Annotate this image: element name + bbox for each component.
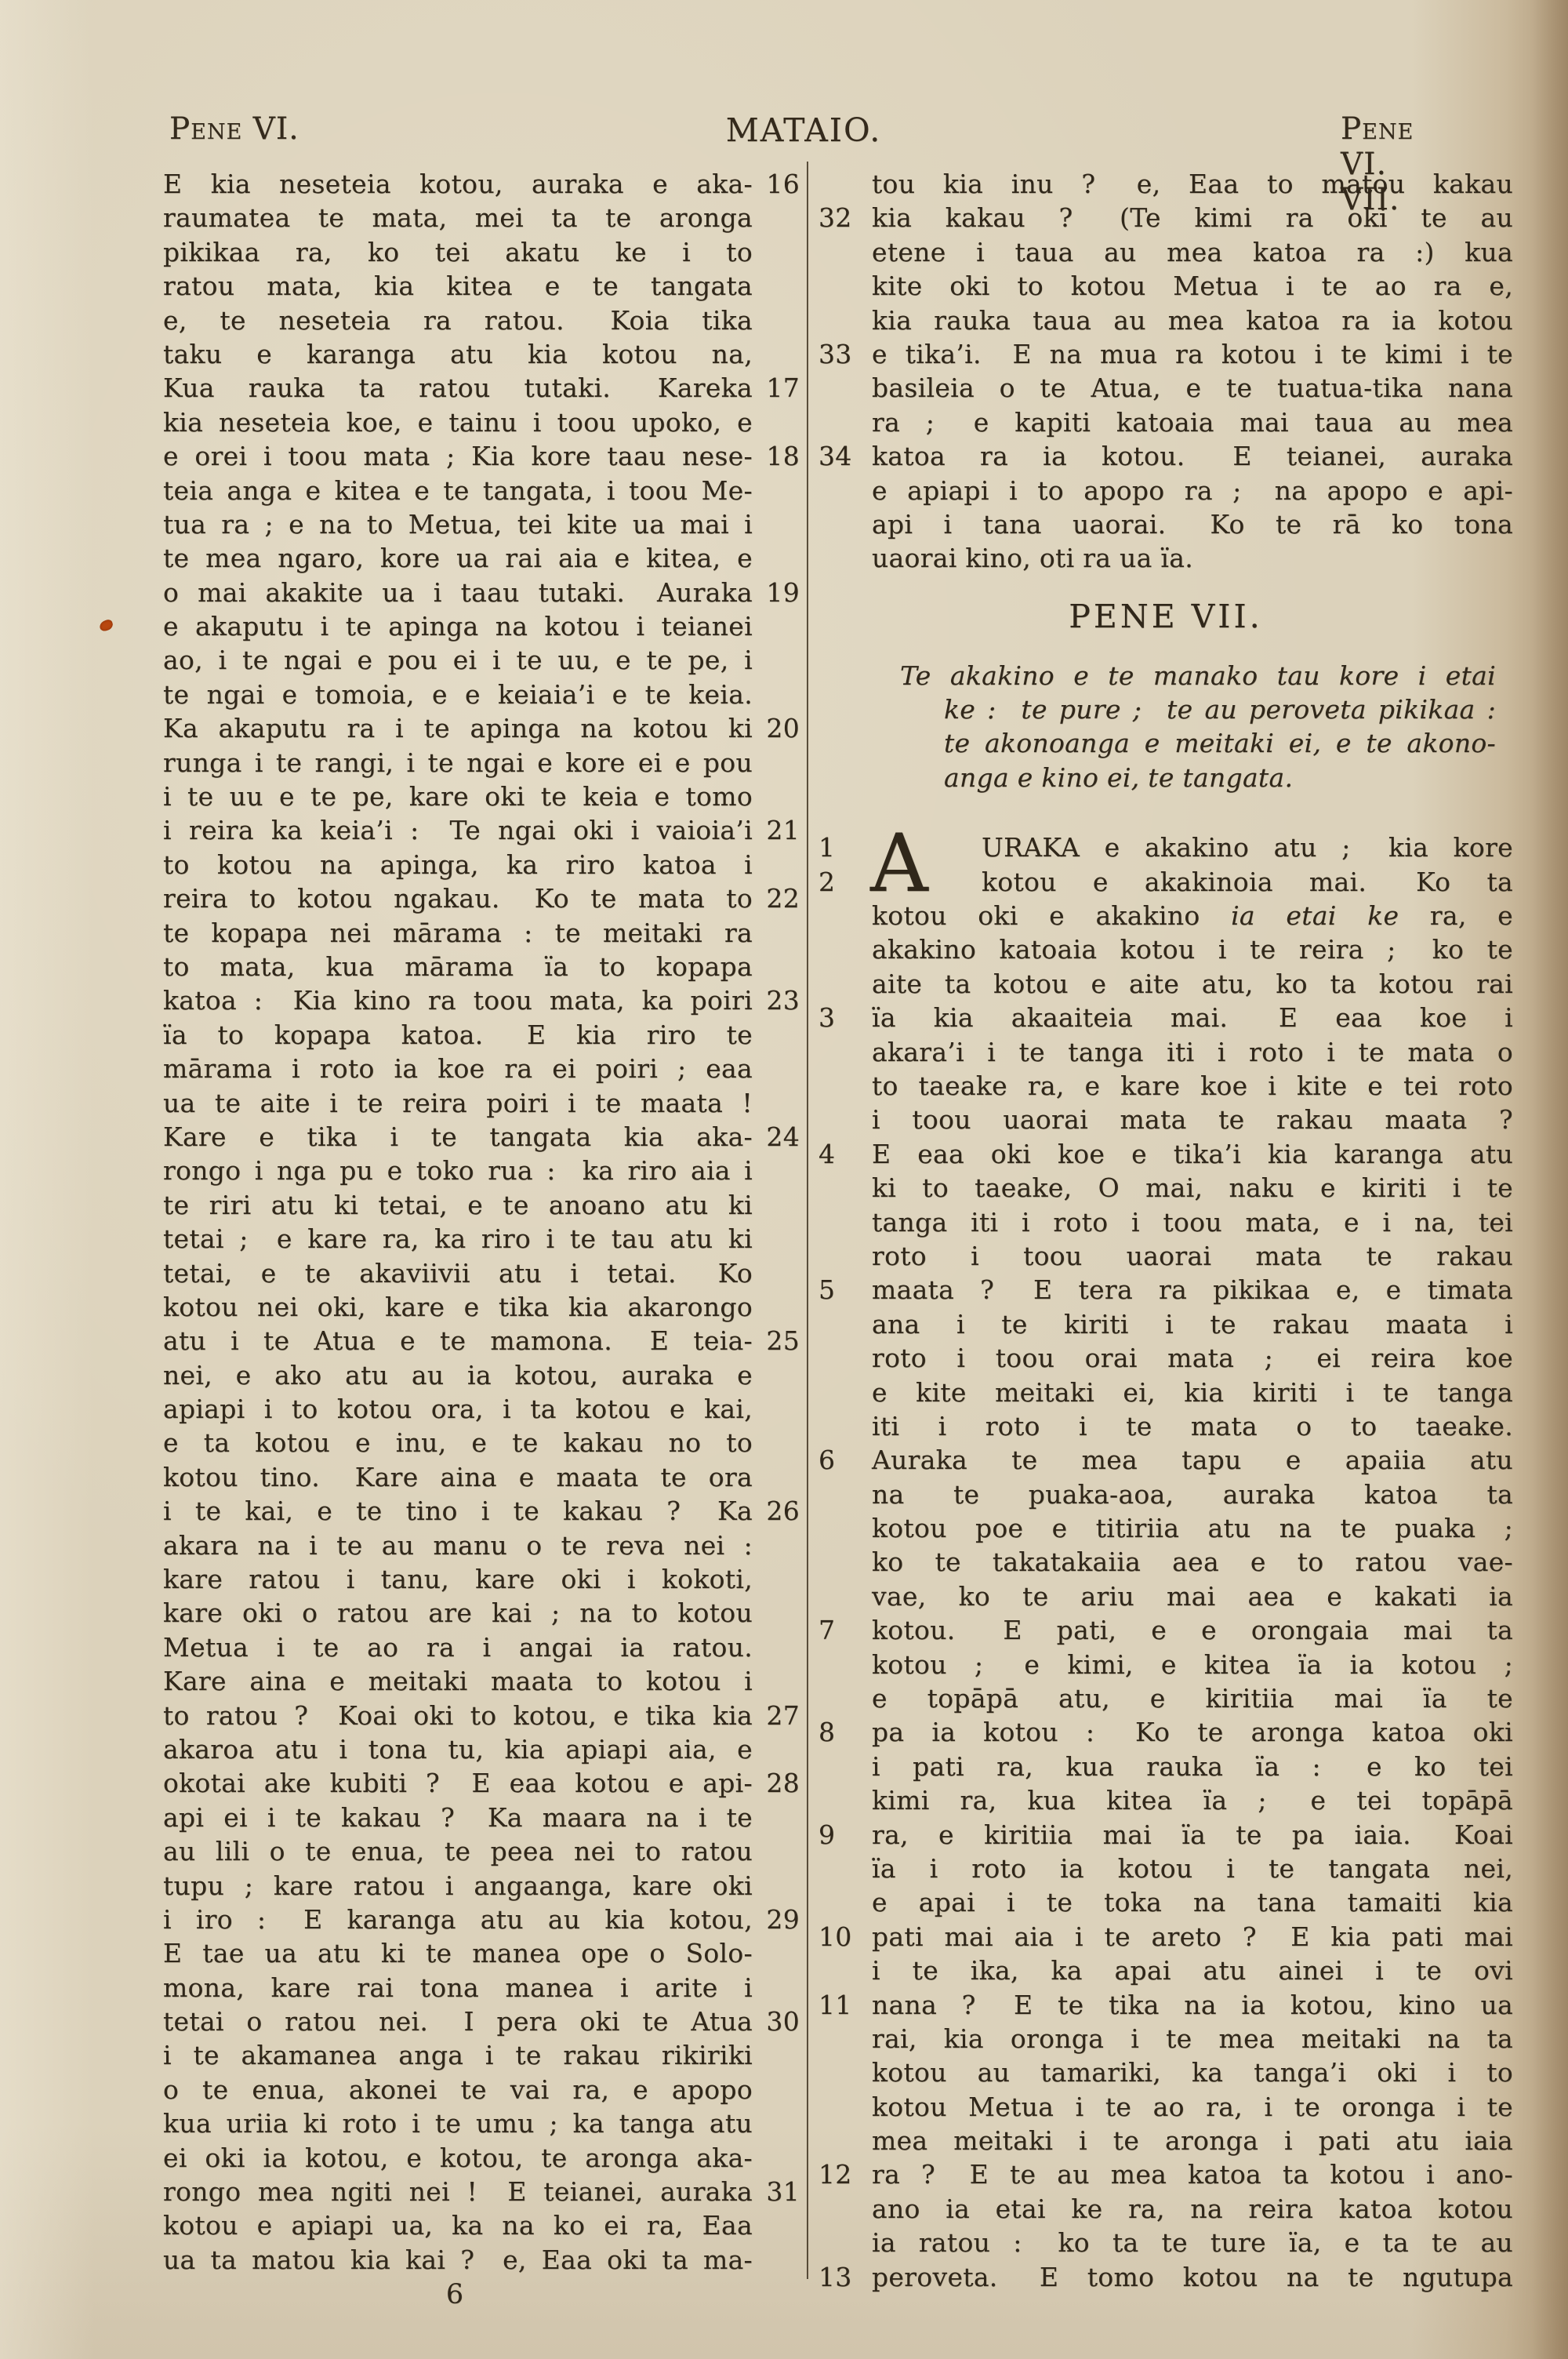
verse-number — [753, 1256, 800, 1290]
line-text: katoa ra ia kotou. E teianei, auraka — [872, 439, 1513, 473]
line-text: E tae ua atu ki te manea ope o Solo- — [163, 1936, 753, 1970]
verse-number: 31 — [753, 2175, 800, 2208]
text-line: ua te aite i te reira poiri i te maata ! — [163, 1086, 800, 1120]
text-line: na te puaka-aoa, auraka katoa ta — [818, 1478, 1513, 1511]
verse-number — [818, 474, 872, 507]
verse-number — [753, 746, 800, 780]
verse-number — [847, 692, 900, 726]
verse-number: 33 — [818, 337, 872, 371]
verse-number: 10 — [818, 1920, 872, 1954]
verse-number: 18 — [753, 439, 800, 473]
verse-number — [818, 2090, 872, 2124]
text-line: kotou ; e kimi, e kitea ïa ia kotou ; — [818, 1648, 1513, 1681]
right-text-column: tou kia inu ? e, Eaa to matou kakau32kia… — [818, 167, 1513, 2294]
verse-number: 34 — [818, 439, 872, 473]
text-line: api ei i te kakau ? Ka maara na i te — [163, 1801, 800, 1834]
line-text: ua te aite i te reira poiri i te maata ! — [163, 1086, 753, 1120]
verse-number — [818, 507, 872, 541]
line-text: anga e kino ei, te tangata. — [900, 761, 1496, 794]
verse-number — [847, 659, 900, 692]
line-text: ana i te kiriti i te rakau maata i — [872, 1307, 1513, 1341]
verse-number — [818, 1069, 872, 1103]
line-text: rai, kia oronga i te mea meitaki na ta — [872, 2022, 1513, 2055]
text-line: 7kotou. E pati, e e orongaia mai ta — [818, 1613, 1513, 1647]
verse-number — [753, 678, 800, 711]
verse-number — [847, 726, 900, 760]
red-ink-speck — [98, 619, 114, 633]
verse-number — [753, 269, 800, 303]
line-text: apiapi i to kotou ora, i ta kotou e kai, — [163, 1392, 753, 1426]
text-line: tetai, e te akaviivii atu i tetai. Ko — [163, 1256, 800, 1290]
text-line: ei oki ia kotou, e kotou, te aronga aka- — [163, 2141, 800, 2175]
verse-number — [753, 1358, 800, 1392]
text-line: kotou poe e titiriia atu na te puaka ; — [818, 1511, 1513, 1545]
text-line: 13peroveta. E tomo kotou na te ngutupa — [818, 2260, 1513, 2294]
verse-number — [818, 1783, 872, 1817]
text-line: e apiapi i to apopo ra ; na apopo e api- — [818, 474, 1513, 507]
text-line: ia ratou : ko ta te ture ïa, e ta te au — [818, 2226, 1513, 2259]
verse-number — [818, 1478, 872, 1511]
chapter-heading: PENE VII. — [818, 594, 1513, 638]
line-text: te kopapa nei mārama : te meitaki ra — [163, 916, 753, 950]
verse-number — [818, 1409, 872, 1443]
line-text: kare ratou i tanu, kare oki i kokoti, — [163, 1562, 753, 1596]
text-line: akakino katoaia kotou i te reira ; ko te — [818, 932, 1513, 966]
verse-number — [753, 1426, 800, 1459]
verse-number: 30 — [753, 2005, 800, 2038]
verse-number: 23 — [753, 983, 800, 1017]
verse-number: 13 — [818, 2260, 872, 2294]
text-line: Kare e tika i te tangata kia aka-24 — [163, 1120, 800, 1154]
page-number: 6 — [408, 2279, 502, 2310]
line-text: tupu ; kare ratou i angaanga, kare oki — [163, 1869, 753, 1903]
line-text: E eaa oki koe e tika’i kia karanga atu — [872, 1137, 1513, 1171]
text-line: iti i roto i te mata o to taeake. — [818, 1409, 1513, 1443]
line-text: peroveta. E tomo kotou na te ngutupa — [872, 2260, 1513, 2294]
line-text: to mata, kua mārama ïa to kopapa — [163, 950, 753, 983]
verse-number: 4 — [818, 1137, 872, 1171]
text-line: tupu ; kare ratou i angaanga, kare oki — [163, 1869, 800, 1903]
text-line: 34katoa ra ia kotou. E teianei, auraka — [818, 439, 1513, 473]
verse-number — [818, 371, 872, 405]
text-line: akaroa atu i tona tu, kia apiapi aia, e — [163, 1732, 800, 1766]
verse-number: 29 — [753, 1903, 800, 1936]
text-line: i reira ka keia’i : Te ngai oki i vaioia… — [163, 813, 800, 847]
text-line: roto i toou uaorai mata te rakau — [818, 1239, 1513, 1273]
verse-number: 8 — [818, 1715, 872, 1749]
text-line: te riri atu ki tetai, e te anoano atu ki — [163, 1188, 800, 1222]
verse-number — [753, 1562, 800, 1596]
text-line: kare ratou i tanu, kare oki i kokoti, — [163, 1562, 800, 1596]
line-text: e ta kotou e inu, e te kakau no to — [163, 1426, 753, 1459]
line-text: kia neseteia koe, e tainu i toou upoko, … — [163, 405, 753, 439]
line-text: i te akamanea anga i te rakau rikiriki — [163, 2038, 753, 2072]
line-text: ei oki ia kotou, e kotou, te aronga aka- — [163, 2141, 753, 2175]
verse-number: 5 — [818, 1273, 872, 1307]
verse-number — [818, 2022, 872, 2055]
verse-number — [753, 2243, 800, 2277]
dropcap-letter: A — [870, 831, 928, 898]
left-text-column: E kia neseteia kotou, auraka e aka-16rau… — [163, 167, 800, 2277]
verse-number: 20 — [753, 711, 800, 745]
line-text: taku e karanga atu kia kotou na, — [163, 337, 753, 371]
line-text: o te enua, akonei te vai ra, e apopo — [163, 2073, 753, 2106]
text-line: kare oki o ratou are kai ; na to kotou — [163, 1596, 800, 1630]
verse-number — [818, 1579, 872, 1613]
text-line: roto i toou orai mata ; ei reira koe — [818, 1341, 1513, 1375]
line-text: e akaputu i te apinga na kotou i teianei — [163, 609, 753, 643]
line-text: Metua i te ao ra i angai ia ratou. — [163, 1630, 753, 1664]
verse-number — [753, 1222, 800, 1256]
verse-number — [818, 1035, 872, 1069]
verse-number — [818, 932, 872, 966]
text-line: tua ra ; e na to Metua, tei kite ua mai … — [163, 507, 800, 541]
line-text: basileia o te Atua, e te tuatua-tika nan… — [872, 371, 1513, 405]
line-text: kotou. E pati, e e orongaia mai ta — [872, 1613, 1513, 1647]
text-line: kia rauka taua au mea katoa ra ia kotou — [818, 304, 1513, 337]
text-line: kia neseteia koe, e tainu i toou upoko, … — [163, 405, 800, 439]
line-text: teia anga e kitea e te tangata, i toou M… — [163, 474, 753, 507]
text-line: ïa to kopapa katoa. E kia riro te — [163, 1018, 800, 1052]
line-text: to kotou na apinga, ka riro katoa i — [163, 848, 753, 881]
line-text: kotou oki e akakino ia etai ke ra, e — [872, 899, 1513, 932]
line-text: e orei i toou mata ; Kia kore taau nese- — [163, 439, 753, 473]
line-text: tou kia inu ? e, Eaa to matou kakau — [872, 167, 1513, 201]
line-text: tetai ; e kare ra, ka riro i te tau atu … — [163, 1222, 753, 1256]
verse-number — [753, 2038, 800, 2072]
text-line: 11nana ? E te tika na ia kotou, kino ua — [818, 1988, 1513, 2022]
verse-number — [818, 235, 872, 269]
line-text: e topāpā atu, e kiritiia mai ïa te — [872, 1681, 1513, 1715]
line-text: te riri atu ki tetai, e te anoano atu ki — [163, 1188, 753, 1222]
verse-number — [753, 1936, 800, 1970]
text-line: te mea ngaro, kore ua rai aia e kitea, e — [163, 541, 800, 575]
verse-number — [818, 1376, 872, 1409]
text-line: i toou uaorai mata te rakau maata ? — [818, 1103, 1513, 1136]
text-line: ra ; e kapiti katoaia mai taua au mea — [818, 405, 1513, 439]
text-line: rongo i nga pu e toko rua : ka riro aia … — [163, 1154, 800, 1187]
text-line: vae, ko te ariu mai aea e kakati ia — [818, 1579, 1513, 1613]
line-text: ra ; e kapiti katoaia mai taua au mea — [872, 405, 1513, 439]
line-text: runga i te rangi, i te ngai e kore ei e … — [163, 746, 753, 780]
verse-number — [818, 2055, 872, 2089]
verse-number — [753, 1188, 800, 1222]
verse-number — [753, 1834, 800, 1868]
text-line: i te kai, e te tino i te kakau ? Ka26 — [163, 1494, 800, 1528]
verse-number — [753, 1290, 800, 1324]
line-text: okotai ake kubiti ? E eaa kotou e api- — [163, 1766, 753, 1800]
line-text: E kia neseteia kotou, auraka e aka- — [163, 167, 753, 201]
verse-number: 1 — [818, 831, 872, 864]
verse-number: 32 — [818, 201, 872, 234]
line-text: ratou mata, kia kitea e te tangata — [163, 269, 753, 303]
text-line: 3ïa kia akaaiteia mai. E eaa koe i — [818, 1001, 1513, 1034]
text-line: ana i te kiriti i te rakau maata i — [818, 1307, 1513, 1341]
line-text: roto i toou orai mata ; ei reira koe — [872, 1341, 1513, 1375]
text-line: basileia o te Atua, e te tuatua-tika nan… — [818, 371, 1513, 405]
line-text: kotou e akakinoia mai. Ko ta — [872, 865, 1513, 899]
text-line: Metua i te ao ra i angai ia ratou. — [163, 1630, 800, 1664]
text-line: api i tana uaorai. Ko te rā ko tona — [818, 507, 1513, 541]
line-text: roto i toou uaorai mata te rakau — [872, 1239, 1513, 1273]
verse-number — [753, 304, 800, 337]
text-line: 8pa ia kotou : Ko te aronga katoa oki — [818, 1715, 1513, 1749]
line-text: ïa kia akaaiteia mai. E eaa koe i — [872, 1001, 1513, 1034]
verse-number — [818, 269, 872, 303]
line-text: tetai, e te akaviivii atu i tetai. Ko — [163, 1256, 753, 1290]
text-line: mārama i roto ia koe ra ei poiri ; eaa — [163, 1052, 800, 1085]
verse-number — [818, 1648, 872, 1681]
text-line: to mata, kua mārama ïa to kopapa — [163, 950, 800, 983]
verse-number — [818, 405, 872, 439]
text-line: i pati ra, kua rauka ïa : e ko tei — [818, 1750, 1513, 1783]
line-text: i te uu e te pe, kare oki te keia e tomo — [163, 780, 753, 813]
verse-number — [753, 1460, 800, 1494]
text-line: 32kia kakau ? (Te kimi ra oki te au — [818, 201, 1513, 234]
verse-number — [753, 2106, 800, 2140]
verse-number: 19 — [753, 576, 800, 609]
line-text: pikikaa ra, ko tei akatu ke i to — [163, 235, 753, 269]
text-line: i te ika, ka apai atu ainei i te ovi — [818, 1954, 1513, 1987]
verse-number — [818, 1341, 872, 1375]
verse-number — [753, 1869, 800, 1903]
text-line: Kua rauka ta ratou tutaki. Kareka17 — [163, 371, 800, 405]
text-line: kotou e apiapi ua, ka na ko ei ra, Eaa — [163, 2208, 800, 2242]
line-text: rongo mea ngiti nei ! E teianei, auraka — [163, 2175, 753, 2208]
line-text: aite ta kotou e aite atu, ko ta kotou ra… — [872, 967, 1513, 1001]
text-line: taku e karanga atu kia kotou na, — [163, 337, 800, 371]
line-text: vae, ko te ariu mai aea e kakati ia — [872, 1579, 1513, 1613]
text-line: anga e kino ei, te tangata. — [847, 761, 1496, 794]
verse-number — [753, 201, 800, 234]
verse-number — [753, 848, 800, 881]
line-text: i te kai, e te tino i te kakau ? Ka — [163, 1494, 753, 1528]
line-text: maata ? E tera ra pikikaa e, e timata — [872, 1273, 1513, 1307]
column-divider-rule — [807, 162, 808, 2279]
text-line: e topāpā atu, e kiritiia mai ïa te — [818, 1681, 1513, 1715]
line-text: ïa i roto ia kotou i te tangata nei, — [872, 1852, 1513, 1885]
text-line: reira to kotou ngakau. Ko te mata to22 — [163, 881, 800, 915]
text-line: E kia neseteia kotou, auraka e aka-16 — [163, 167, 800, 201]
verse-number: 3 — [818, 1001, 872, 1034]
text-line: okotai ake kubiti ? E eaa kotou e api-28 — [163, 1766, 800, 1800]
verse-number — [818, 1103, 872, 1136]
page-edge-shadow — [1532, 0, 1568, 2359]
chapter6-closing-verses: tou kia inu ? e, Eaa to matou kakau32kia… — [818, 167, 1513, 576]
verse-number — [818, 1545, 872, 1579]
text-line: o te enua, akonei te vai ra, e apopo — [163, 2073, 800, 2106]
line-text: kia kakau ? (Te kimi ra oki te au — [872, 201, 1513, 234]
verse-number — [753, 2208, 800, 2242]
text-line: rai, kia oronga i te mea meitaki na ta — [818, 2022, 1513, 2055]
text-line: tanga iti i roto i toou mata, e i na, te… — [818, 1205, 1513, 1239]
line-text: tua ra ; e na to Metua, tei kite ua mai … — [163, 507, 753, 541]
line-text: kite oki to kotou Metua i te ao ra e, — [872, 269, 1513, 303]
line-text: i pati ra, kua rauka ïa : e ko tei — [872, 1750, 1513, 1783]
verse-number — [818, 2124, 872, 2157]
running-head-title: MATAIO. — [726, 111, 882, 149]
text-line: i te akamanea anga i te rakau rikiriki — [163, 2038, 800, 2072]
text-line: to kotou na apinga, ka riro katoa i — [163, 848, 800, 881]
verse-number: 6 — [818, 1443, 872, 1477]
line-text: raumatea te mata, mei ta te aronga — [163, 201, 753, 234]
text-line: 9ra, e kiritiia mai ïa te pa iaia. Koai — [818, 1818, 1513, 1852]
line-text: akaroa atu i tona tu, kia apiapi aia, e — [163, 1732, 753, 1766]
line-text: Kua rauka ta ratou tutaki. Kareka — [163, 371, 753, 405]
line-text: i te ika, ka apai atu ainei i te ovi — [872, 1954, 1513, 1987]
text-line: etene i taua au mea katoa ra :) kua — [818, 235, 1513, 269]
text-line: teia anga e kitea e te tangata, i toou M… — [163, 474, 800, 507]
text-line: ki to taeake, O mai, naku e kiriti i te — [818, 1171, 1513, 1205]
line-text: mea meitaki i te aronga i pati atu iaia — [872, 2124, 1513, 2157]
verse-number — [818, 1885, 872, 1919]
line-text: ki to taeake, O mai, naku e kiriti i te — [872, 1171, 1513, 1205]
chapter-summary: Te akakino e te manako tau kore i etaike… — [847, 659, 1496, 795]
verse-number: 9 — [818, 1818, 872, 1852]
verse-number — [818, 304, 872, 337]
line-text: e, te neseteia ra ratou. Koia tika — [163, 304, 753, 337]
verse-number — [753, 1528, 800, 1562]
chapter7-verses: A 1URAKA e akakino atu ; kia kore2kotou … — [818, 831, 1513, 2294]
line-text: tetai o ratou nei. I pera oki te Atua — [163, 2005, 753, 2038]
line-text: akakino katoaia kotou i te reira ; ko te — [872, 932, 1513, 966]
text-line: kotou au tamariki, ka tanga’i oki i to — [818, 2055, 1513, 2089]
text-line: to taeake ra, e kare koe i kite e tei ro… — [818, 1069, 1513, 1103]
text-line: Kare aina e meitaki maata to kotou i — [163, 1664, 800, 1698]
line-text: i iro : E karanga atu au kia kotou, — [163, 1903, 753, 1936]
line-text: ao, i te ngai e pou ei i te uu, e te pe,… — [163, 643, 753, 677]
text-line: kotou Metua i te ao ra, i te oronga i te — [818, 2090, 1513, 2124]
verse-number — [753, 1596, 800, 1630]
line-text: Auraka te mea tapu e apaiia atu — [872, 1443, 1513, 1477]
text-line: kotou tino. Kare aina e maata te ora — [163, 1460, 800, 1494]
verse-number — [753, 609, 800, 643]
line-text: ua ta matou kia kai ? e, Eaa oki ta ma- — [163, 2243, 753, 2277]
text-line: i iro : E karanga atu au kia kotou,29 — [163, 1903, 800, 1936]
line-text: to ratou ? Koai oki to kotou, e tika kia — [163, 1699, 753, 1732]
line-text: e apai i te toka na tana tamaiti kia — [872, 1885, 1513, 1919]
line-text: ko te takatakaiia aea e to ratou vae- — [872, 1545, 1513, 1579]
text-line: te ngai e tomoia, e e keiaia’i e te keia… — [163, 678, 800, 711]
line-text: URAKA e akakino atu ; kia kore — [872, 831, 1513, 864]
line-text: ia ratou : ko ta te ture ïa, e ta te au — [872, 2226, 1513, 2259]
line-text: ra, e kiritiia mai ïa te pa iaia. Koai — [872, 1818, 1513, 1852]
text-line: kite oki to kotou Metua i te ao ra e, — [818, 269, 1513, 303]
text-line: mona, kare rai tona manea i arite i — [163, 1971, 800, 2005]
line-text: mārama i roto ia koe ra ei poiri ; eaa — [163, 1052, 753, 1085]
text-line: kimi ra, kua kitea ïa ; e tei topāpā — [818, 1783, 1513, 1817]
text-line: kua uriia ki roto i te umu ; ka tanga at… — [163, 2106, 800, 2140]
line-text: e tika’i. E na mua ra kotou i te kimi i … — [872, 337, 1513, 371]
text-line: ua ta matou kia kai ? e, Eaa oki ta ma- — [163, 2243, 800, 2277]
verse-number: 25 — [753, 1324, 800, 1358]
text-line: nei, e ako atu au ia kotou, auraka e — [163, 1358, 800, 1392]
line-text: uaorai kino, oti ra ua ïa. — [872, 541, 1513, 575]
text-line: rongo mea ngiti nei ! E teianei, auraka3… — [163, 2175, 800, 2208]
text-line: e apai i te toka na tana tamaiti kia — [818, 1885, 1513, 1919]
line-text: reira to kotou ngakau. Ko te mata to — [163, 881, 753, 915]
text-line: katoa : Kia kino ra toou mata, ka poiri2… — [163, 983, 800, 1017]
text-line: 10pati mai aia i te areto ? E kia pati m… — [818, 1920, 1513, 1954]
text-line: uaorai kino, oti ra ua ïa. — [818, 541, 1513, 575]
line-text: ano ia etai ke ra, na reira katoa kotou — [872, 2192, 1513, 2226]
verse-number: 26 — [753, 1494, 800, 1528]
verse-number — [818, 2192, 872, 2226]
verse-number — [753, 1732, 800, 1766]
verse-number: 28 — [753, 1766, 800, 1800]
text-line: e akaputu i te apinga na kotou i teianei — [163, 609, 800, 643]
verse-number — [847, 761, 900, 794]
verse-number — [753, 541, 800, 575]
text-line: tetai ; e kare ra, ka riro i te tau atu … — [163, 1222, 800, 1256]
verse-number — [818, 1239, 872, 1273]
line-text: nei, e ako atu au ia kotou, auraka e — [163, 1358, 753, 1392]
verse-number — [818, 1511, 872, 1545]
verse-number: 27 — [753, 1699, 800, 1732]
line-text: etene i taua au mea katoa ra :) kua — [872, 235, 1513, 269]
text-line: 12ra ? E te au mea katoa ta kotou i ano- — [818, 2157, 1513, 2191]
line-text: akara’i i te tanga iti i roto i te mata … — [872, 1035, 1513, 1069]
verse-number: 7 — [818, 1613, 872, 1647]
text-line: E tae ua atu ki te manea ope o Solo- — [163, 1936, 800, 1970]
line-text: Te akakino e te manako tau kore i etai — [900, 659, 1496, 692]
verse-number — [753, 1664, 800, 1698]
text-line: e ta kotou e inu, e te kakau no to — [163, 1426, 800, 1459]
text-line: i te uu e te pe, kare oki te keia e tomo — [163, 780, 800, 813]
text-line: ke : te pure ; te au peroveta pikikaa : — [847, 692, 1496, 726]
verse-number — [818, 1205, 872, 1239]
line-text: ïa to kopapa katoa. E kia riro te — [163, 1018, 753, 1052]
text-line: ko te takatakaiia aea e to ratou vae- — [818, 1545, 1513, 1579]
line-text: tanga iti i roto i toou mata, e i na, te… — [872, 1205, 1513, 1239]
text-line: mea meitaki i te aronga i pati atu iaia — [818, 2124, 1513, 2157]
line-text: mona, kare rai tona manea i arite i — [163, 1971, 753, 2005]
line-text: rongo i nga pu e toko rua : ka riro aia … — [163, 1154, 753, 1187]
line-text: api i tana uaorai. Ko te rā ko tona — [872, 507, 1513, 541]
text-line: ao, i te ngai e pou ei i te uu, e te pe,… — [163, 643, 800, 677]
text-line: pikikaa ra, ko tei akatu ke i to — [163, 235, 800, 269]
text-line: kotou nei oki, kare e tika kia akarongo — [163, 1290, 800, 1324]
line-text: kotou poe e titiriia atu na te puaka ; — [872, 1511, 1513, 1545]
text-line: ratou mata, kia kitea e te tangata — [163, 269, 800, 303]
line-text: kua uriia ki roto i te umu ; ka tanga at… — [163, 2106, 753, 2140]
line-text: kare oki o ratou are kai ; na to kotou — [163, 1596, 753, 1630]
verse-number — [753, 1086, 800, 1120]
line-text: akara na i te au manu o te reva nei : — [163, 1528, 753, 1562]
text-line: raumatea te mata, mei ta te aronga — [163, 201, 800, 234]
text-line: 4E eaa oki koe e tika’i kia karanga atu — [818, 1137, 1513, 1171]
line-text: kimi ra, kua kitea ïa ; e tei topāpā — [872, 1783, 1513, 1817]
text-line: e, te neseteia ra ratou. Koia tika — [163, 304, 800, 337]
text-line: ïa i roto ia kotou i te tangata nei, — [818, 1852, 1513, 1885]
verse-number — [818, 1852, 872, 1885]
verse-number: 17 — [753, 371, 800, 405]
verse-number — [753, 1154, 800, 1187]
verse-number — [818, 1750, 872, 1783]
text-line: tou kia inu ? e, Eaa to matou kakau — [818, 167, 1513, 201]
verse-number: 11 — [818, 1988, 872, 2022]
line-text: atu i te Atua e te mamona. E teia- — [163, 1324, 753, 1358]
verse-number — [818, 967, 872, 1001]
line-text: kia rauka taua au mea katoa ra ia kotou — [872, 304, 1513, 337]
text-line: tetai o ratou nei. I pera oki te Atua30 — [163, 2005, 800, 2038]
text-line: to ratou ? Koai oki to kotou, e tika kia… — [163, 1699, 800, 1732]
line-text: Ka akaputu ra i te apinga na kotou ki — [163, 711, 753, 745]
text-line: akara’i i te tanga iti i roto i te mata … — [818, 1035, 1513, 1069]
verse-number — [753, 507, 800, 541]
verse-number — [753, 916, 800, 950]
text-line: e kite meitaki ei, kia kiriti i te tanga — [818, 1376, 1513, 1409]
